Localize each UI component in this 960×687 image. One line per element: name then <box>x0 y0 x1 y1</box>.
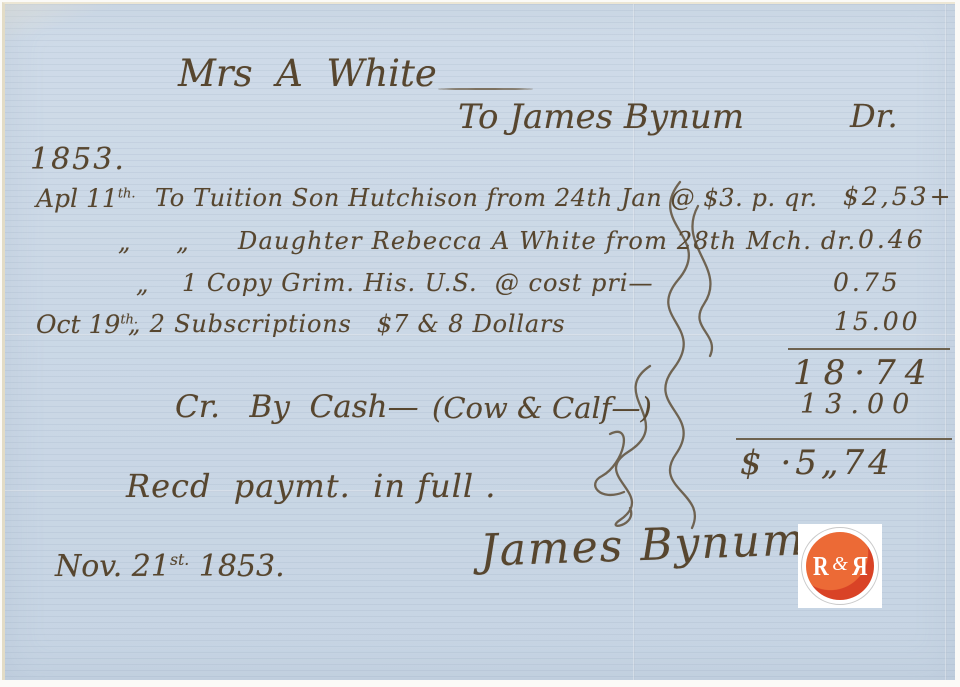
addressee-name: Mrs A White <box>178 55 437 92</box>
row-date: „ <box>136 272 148 296</box>
logo-letter-r-reversed: Я <box>852 551 868 582</box>
row-date: „ „ <box>118 230 189 254</box>
row-amount: 15.00 <box>834 309 921 334</box>
row-date-text: „ <box>136 270 148 298</box>
debtor-line: To James Bynum <box>458 100 744 134</box>
row-amount: 0.46 <box>858 227 926 252</box>
balance-amount: $ ·5„74 <box>740 446 894 480</box>
row-date-sup: th. <box>118 187 136 202</box>
logo-disc: R & Я <box>806 532 874 600</box>
fold-crease-vertical <box>945 4 947 680</box>
credit-label: Cr. By Cash— <box>175 392 419 423</box>
receipt-date-text: Nov. 21 <box>55 549 170 584</box>
vertical-endorsement-script <box>580 176 745 531</box>
receipt-date-year: 1853. <box>199 549 285 584</box>
balance-rule <box>736 438 952 440</box>
receipt-date: Nov. 21st. 1853. <box>55 552 285 582</box>
dr-abbreviation: Dr. <box>850 100 898 132</box>
received-statement: Recd paymt. in full . <box>126 470 496 502</box>
credit-amount: 13.00 <box>800 391 917 418</box>
scanned-receipt-1853: Mrs A White To James Bynum Dr. 1853. Apl… <box>0 0 960 687</box>
row-amount: 0.75 <box>833 270 901 295</box>
row-date: Oct 19th. <box>36 312 138 337</box>
year-heading: 1853. <box>30 145 126 175</box>
row-date: Apl 11th. <box>36 186 136 211</box>
logo-ampersand: & <box>832 553 848 576</box>
sum-rule <box>788 348 950 350</box>
row-description: „ 2 Subscriptions $7 & 8 Dollars <box>128 312 565 336</box>
ra-watermark-logo: R & Я <box>798 524 882 608</box>
row-date-text: Oct 19 <box>36 310 120 339</box>
pen-flourish <box>438 88 533 90</box>
row-amount: $2,53+ <box>843 184 954 209</box>
receipt-date-sup: st. <box>170 551 189 569</box>
logo-ring: R & Я <box>801 527 879 605</box>
subtotal-amount: 18·74 <box>793 356 935 390</box>
row-description: Daughter Rebecca A White from 28th Mch. … <box>238 229 856 253</box>
row-date-text: Apl 11 <box>36 184 118 213</box>
logo-letter-r: R <box>813 551 829 582</box>
row-date-text: „ „ <box>118 228 189 256</box>
